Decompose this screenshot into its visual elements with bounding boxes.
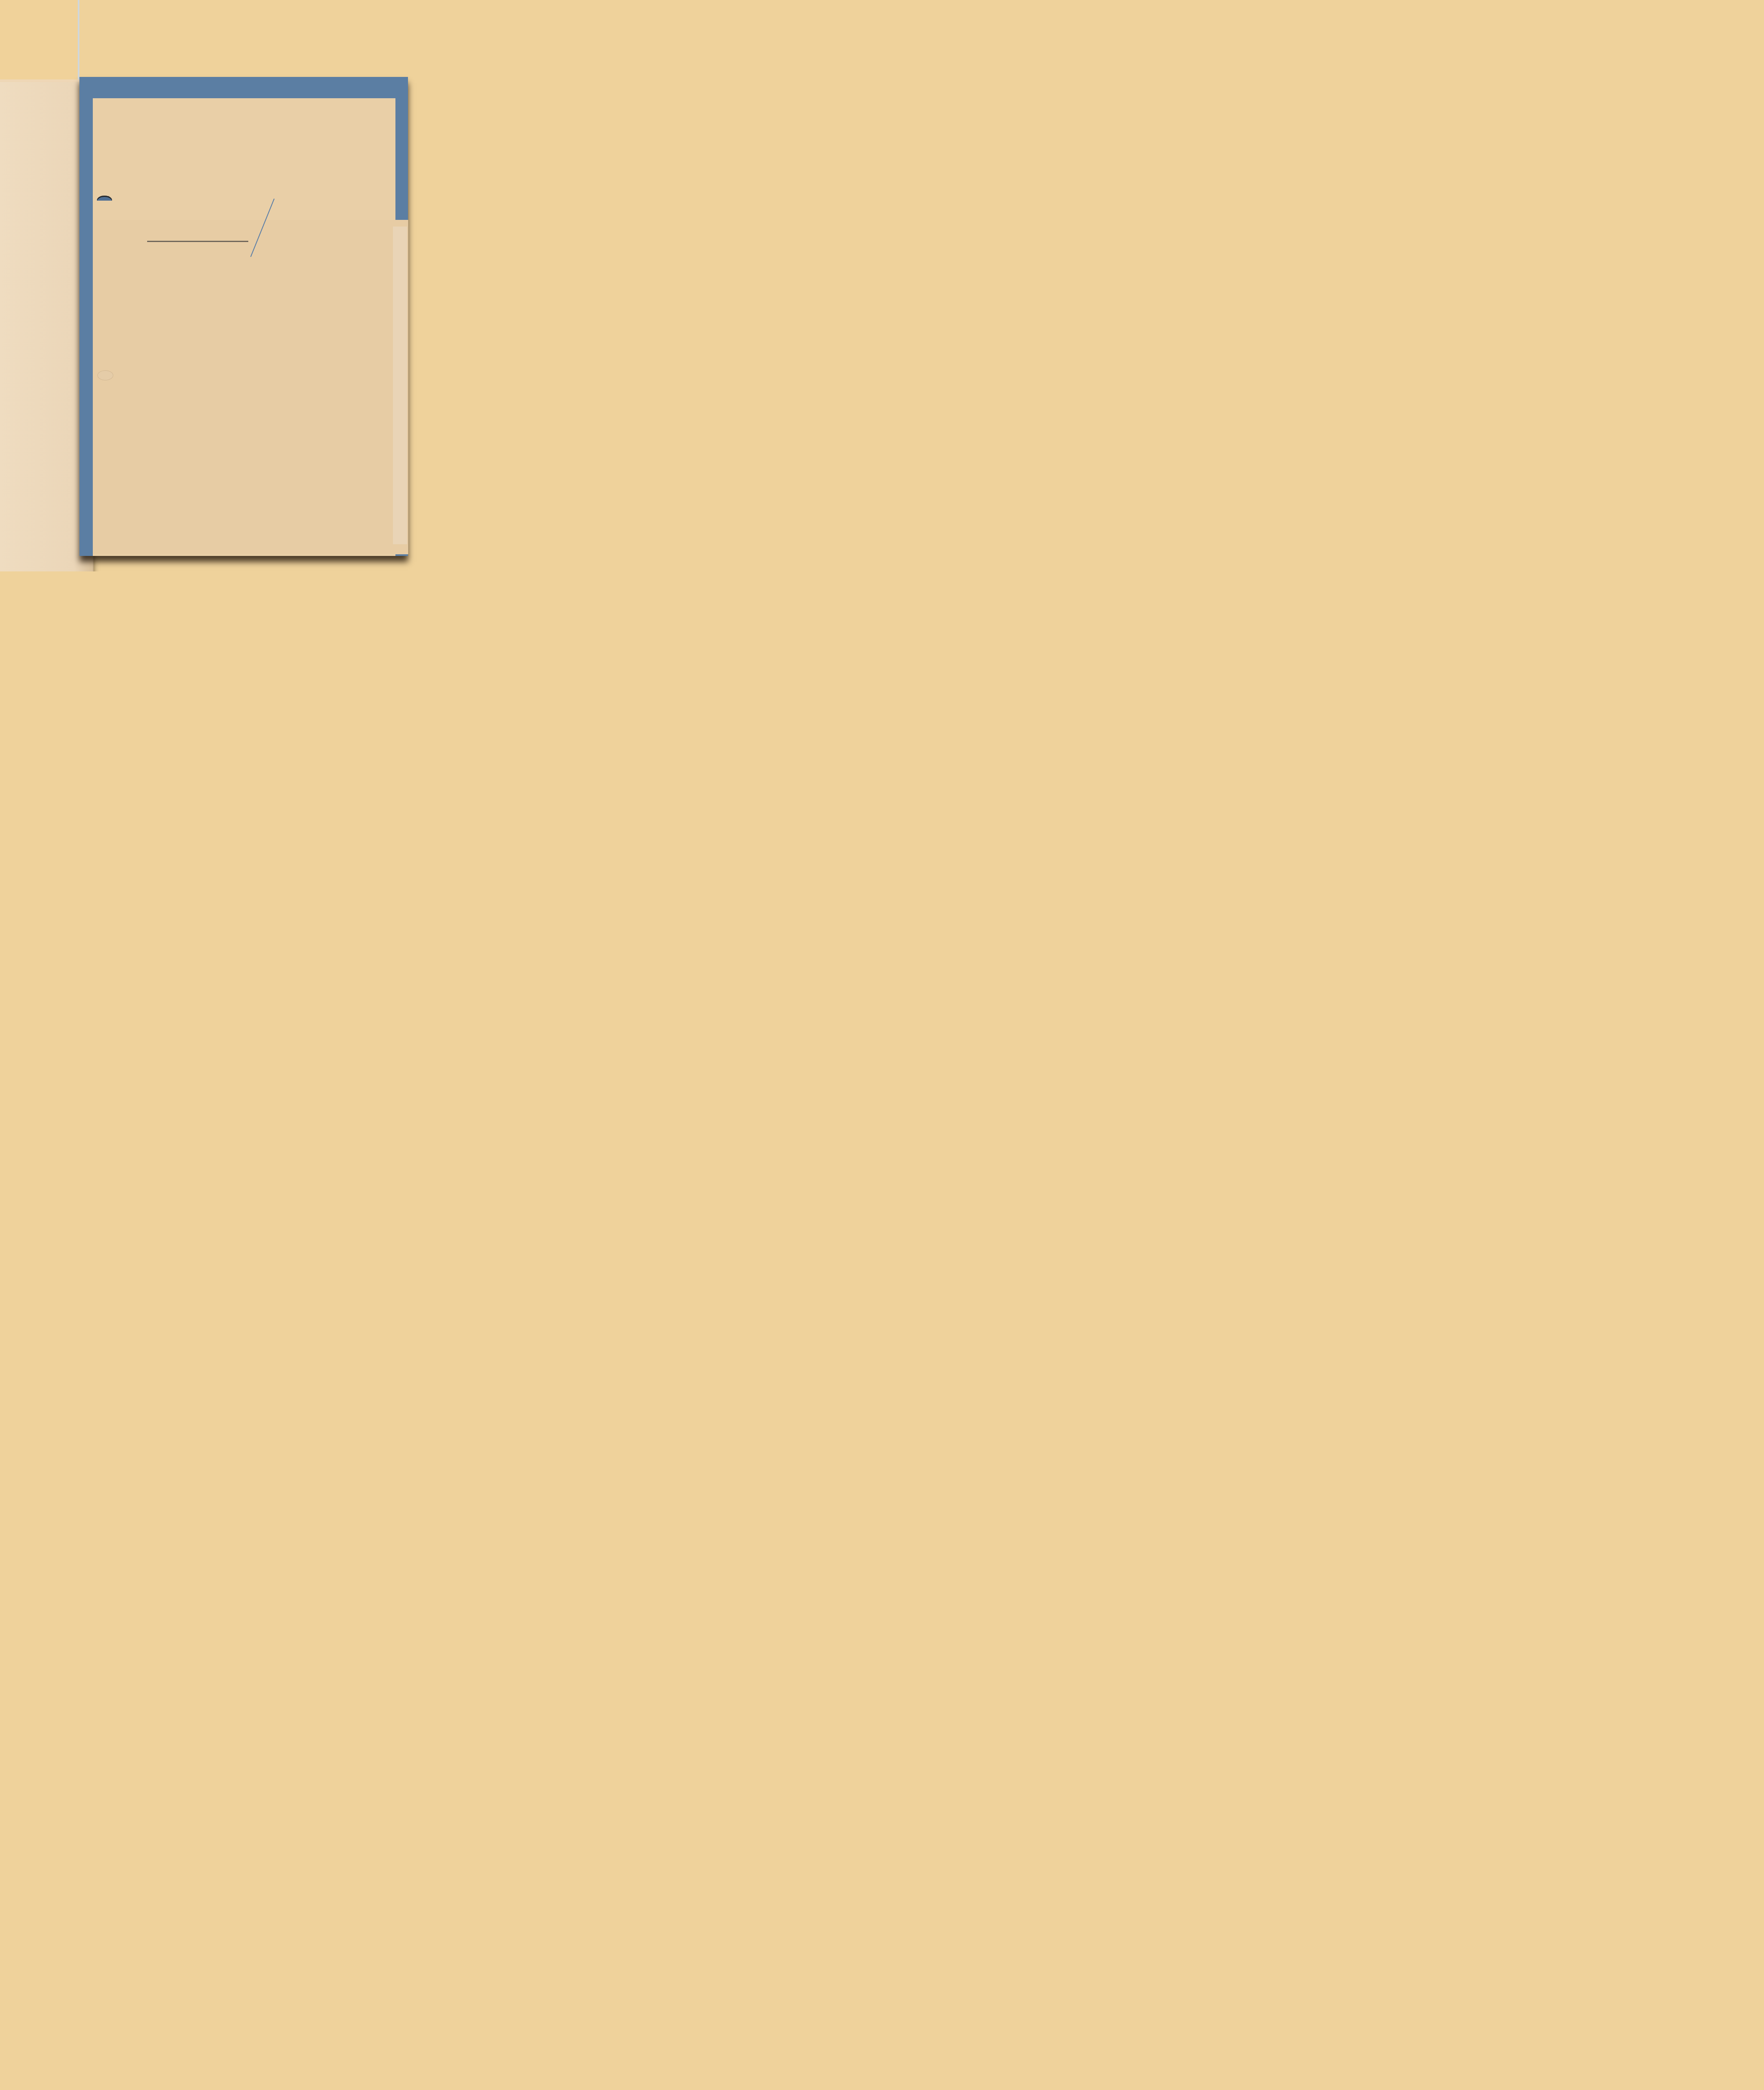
title-underline xyxy=(147,241,248,242)
punch-hole-bottom xyxy=(97,370,113,380)
binding-gap xyxy=(78,0,79,84)
desk-background xyxy=(0,0,79,79)
document-lower-sheet xyxy=(93,220,408,554)
document-underlay-edge xyxy=(393,227,407,544)
